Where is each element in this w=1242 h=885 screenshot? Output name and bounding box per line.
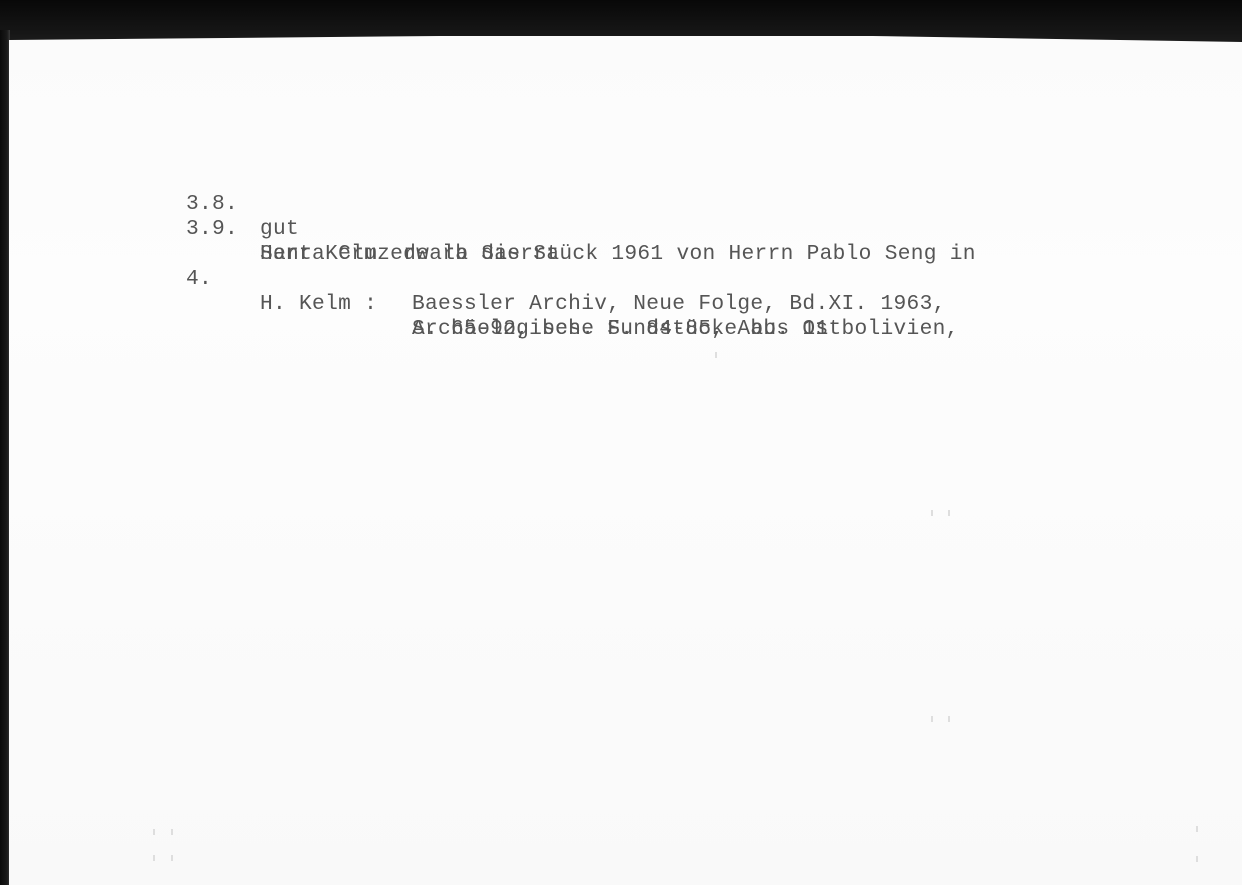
entry-author: H. Kelm : (260, 292, 377, 317)
scan-speck (715, 352, 717, 358)
scan-speck (931, 510, 933, 516)
paper-card: 3.8. gut 3.9. Herr Kelm erwarb das Stück… (9, 36, 1242, 885)
scanner-border-left (0, 30, 10, 885)
entry-text: Santa Cruz de la Sierra (260, 242, 559, 267)
scan-speck (171, 829, 173, 835)
scan-speck (1196, 856, 1198, 862)
reference-pages: S. 65-92, bes. S. 84-85, Abb. 11 (412, 317, 828, 342)
scan-speck (153, 855, 155, 861)
scan-speck (171, 855, 173, 861)
reference-journal: Baessler Archiv, Neue Folge, Bd.XI. 1963… (412, 292, 946, 317)
typed-text-block: 3.8. gut 3.9. Herr Kelm erwarb das Stück… (186, 167, 1146, 327)
scan-speck (948, 510, 950, 516)
scan-speck (1196, 826, 1198, 832)
scan-speck (931, 716, 933, 722)
scan-speck (948, 716, 950, 722)
entry-4-line-3: S. 65-92, bes. S. 84-85, Abb. 11 (186, 292, 264, 367)
entry-text: gut (260, 217, 299, 242)
scan-speck (153, 829, 155, 835)
